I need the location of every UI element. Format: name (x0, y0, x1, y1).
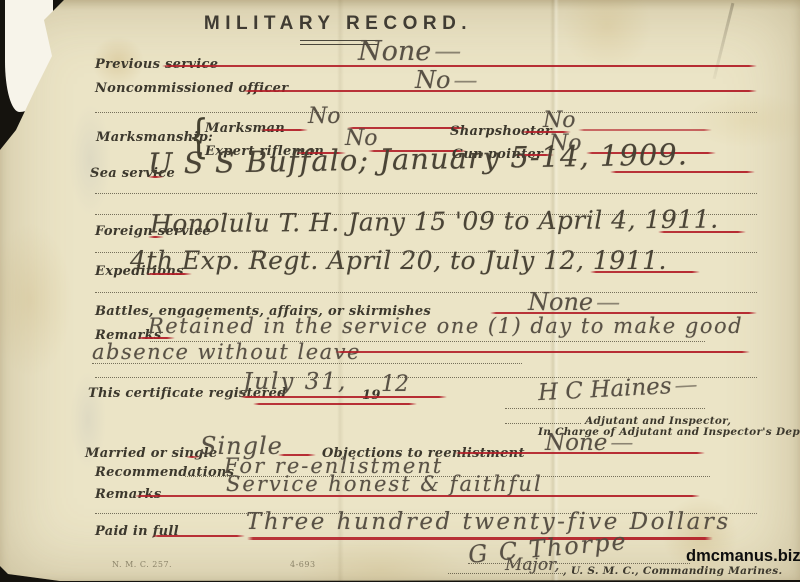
page-title: MILITARY RECORD. (0, 13, 676, 35)
rule-dotted (448, 573, 563, 574)
marksman-value: No (308, 104, 341, 129)
remarks-reenlistment-value: Service honest & faithful (226, 472, 543, 496)
remarks-service-line2: absence without leave (92, 340, 361, 364)
paper-crease-diagonal (713, 3, 735, 79)
rule-dotted (505, 423, 581, 424)
rule-red (243, 90, 757, 92)
rule-dotted (92, 363, 522, 364)
commander-rank-written: Major, (505, 555, 560, 575)
foreign-service-value: Honolulu T. H. Jany 15 '09 to April 4, 1… (150, 205, 719, 239)
rule-red (578, 129, 712, 131)
rule-dotted (468, 563, 690, 564)
noncommissioned-officer-value: No (415, 66, 477, 94)
form-number: N. M. C. 257. (112, 560, 172, 569)
recommendations-label: Recommendations (95, 465, 234, 480)
commander-title-printed: , U. S. M. C., Commanding Marines. (563, 565, 782, 577)
certificate-year-written: 12 (381, 372, 409, 397)
scanned-document: MILITARY RECORD. Previous service None N… (0, 0, 800, 582)
watermark: dmcmanus.biz (686, 547, 800, 566)
sharpshooter-value: No (543, 108, 576, 133)
rule-dotted (95, 292, 757, 293)
form-print-code: 4-693 (290, 560, 316, 569)
rule-dotted (505, 408, 705, 409)
rule-red (335, 351, 750, 353)
rule-red (253, 403, 417, 405)
rule-red (610, 171, 755, 173)
noncommissioned-officer-label: Noncommissioned officer (95, 81, 288, 96)
remarks-service-line1: Retained in the service one (1) day to m… (148, 314, 743, 338)
battles-value: None (528, 288, 620, 316)
paid-in-full-value: Three hundred twenty-five Dollars (246, 509, 731, 535)
expeditions-value: 4th Exp. Regt. April 20, to July 12, 191… (130, 246, 667, 275)
rule-dotted (95, 193, 757, 194)
objections-value: None (545, 430, 633, 456)
certificate-date-written: July 31, (243, 369, 347, 395)
paper-sheet: MILITARY RECORD. Previous service None N… (0, 0, 800, 582)
married-or-single-label: Married or single (85, 446, 218, 461)
previous-service-value: None (358, 36, 461, 67)
